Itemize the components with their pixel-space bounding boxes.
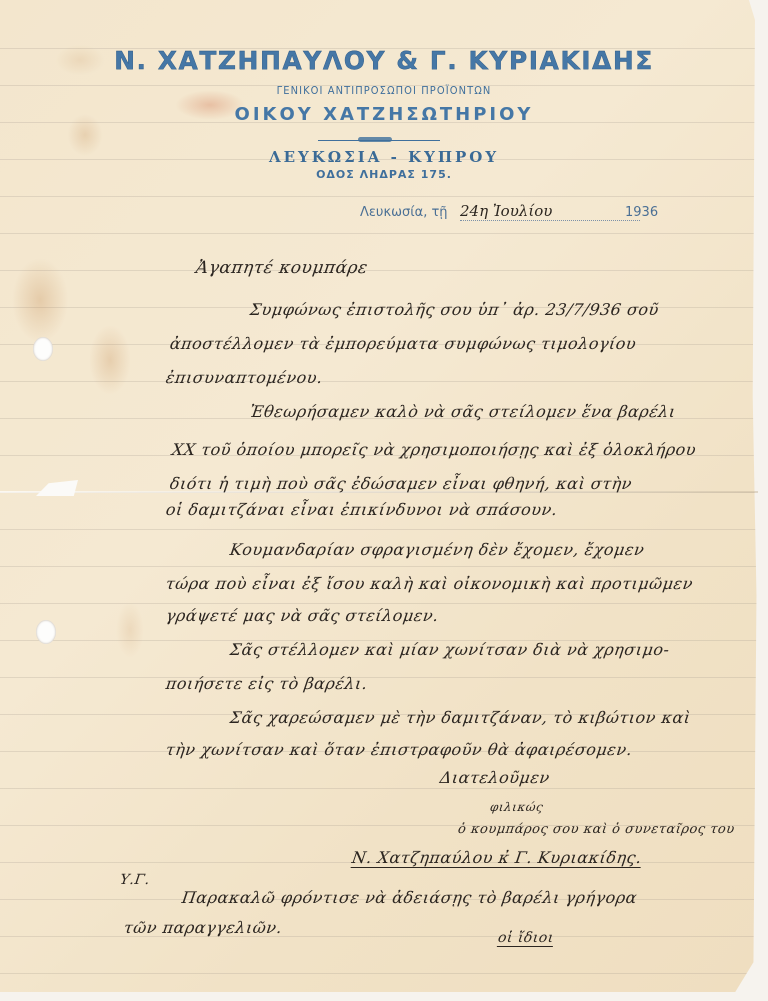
letterhead-title: Ν. ΧΑΤΖΗΠΑΥΛΟΥ & Γ. ΚΥΡΙΑΚΙΔΗΣ (0, 46, 768, 75)
postscript-line: Παρακαλῶ φρόντισε νὰ ἀδειάσῃς τὸ βαρέλι … (181, 888, 639, 907)
letter-line: ἐπισυναπτομένου. (165, 368, 324, 387)
letter-line: ΧΧ τοῦ ὁποίου μπορεῖς νὰ χρησιμοποιήσῃς … (171, 440, 698, 459)
letter-line: Κουμανδαρίαν σφραγισμένη δὲν ἔχομεν, ἔχο… (229, 540, 646, 559)
letterhead-rule-ornament (358, 137, 392, 142)
letter-line: γράψετέ μας νὰ σᾶς στείλομεν. (165, 606, 440, 625)
closing: Διατελοῦμεν (439, 768, 551, 787)
letter-line: Σᾶς στέλλομεν καὶ μίαν χωνίτσαν διὰ νὰ χ… (229, 640, 671, 659)
dateline-dotted-rule (460, 220, 640, 221)
dateline-handwritten-date: 24η Ἰουλίου (460, 202, 552, 220)
dateline-prefix: Λευκωσία, τῇ (360, 205, 448, 220)
dateline: Λευκωσία, τῇ 24η Ἰουλίου 1936 (360, 205, 650, 227)
letter-line: Σᾶς χαρεώσαμεν μὲ τὴν δαμιτζάναν, τὸ κιβ… (229, 708, 692, 727)
letterhead-street: ΟΔΟΣ ΛΗΔΡΑΣ 175. (0, 168, 768, 181)
punch-hole-bottom (36, 620, 56, 644)
postscript-signature: οἱ ἴδιοι (497, 930, 555, 947)
letter-line: τὴν χωνίτσαν καὶ ὅταν ἐπιστραφοῦν θὰ ἀφα… (165, 740, 634, 759)
letter-line: ποιήσετε εἰς τὸ βαρέλι. (165, 674, 369, 693)
letter-line: Συμφώνως ἐπιστολῆς σου ὑπ᾽ ἀρ. 23/7/936 … (249, 300, 661, 319)
punch-hole-top (33, 337, 53, 361)
dateline-year: 1936 (625, 205, 658, 220)
letter-line: Ἐθεωρήσαμεν καλὸ νὰ σᾶς στείλομεν ἕνα βα… (249, 402, 678, 421)
closing-friendly: φιλικώς (489, 800, 544, 814)
letter-line: τώρα ποὺ εἶναι ἐξ ἴσου καλὴ καὶ οἰκονομι… (165, 574, 695, 593)
letterhead-subtitle: ΓΕΝΙΚΟΙ ΑΝΤΙΠΡΟΣΩΠΟΙ ΠΡΟΪΟΝΤΩΝ (38, 84, 729, 97)
signature: Ν. Χατζηπαύλου κ̓ Γ. Κυριακίδης. (351, 848, 643, 868)
letterhead-house: ΟΙΚΟΥ ΧΑΤΖΗΣΩΤΗΡΙΟΥ (0, 104, 768, 125)
closing-relation: ὁ κουμπάρος σου καὶ ὁ συνεταῖρος του (457, 822, 736, 837)
letter-line: διότι ἡ τιμὴ ποὺ σᾶς ἐδώσαμεν εἶναι φθην… (169, 474, 634, 493)
postscript-label: Υ.Γ. (119, 872, 151, 888)
letterhead-city: ΛΕΥΚΩΣΙΑ - ΚΥΠΡΟΥ (0, 148, 768, 166)
letter-line: ἀποστέλλομεν τὰ ἐμπορεύματα συμφώνως τιμ… (169, 334, 638, 353)
letter-line: οἱ δαμιτζάναι εἶναι ἐπικίνδυνοι νὰ σπάσο… (165, 500, 559, 519)
postscript-line: τῶν παραγγελιῶν. (123, 918, 284, 937)
salutation: Ἀγαπητέ κουμπάρε (195, 258, 370, 278)
